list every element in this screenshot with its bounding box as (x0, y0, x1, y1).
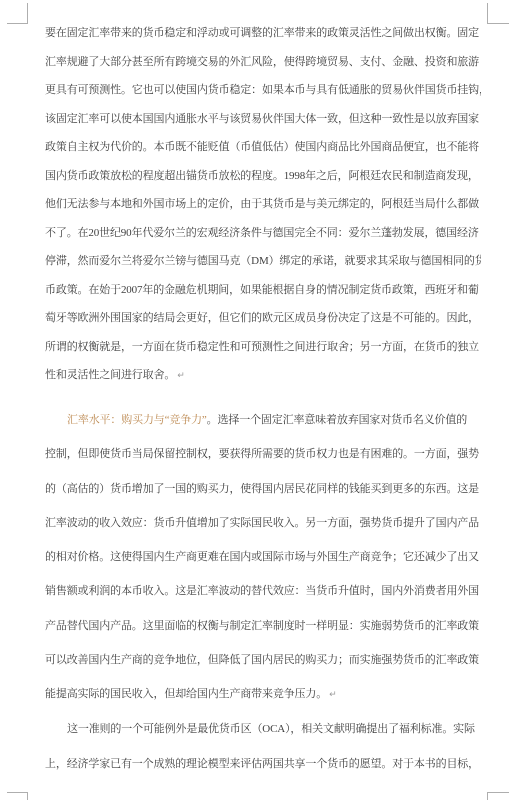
text-line: 这一准则的一个可能例外是最优货币区（OCA），相关文献明确提出了福利标准。实际 (45, 712, 481, 747)
paragraph-mark-icon: ↵ (177, 371, 185, 381)
margin-crop-mark-bottom-left (7, 792, 28, 800)
text-line: 能提高实际的国民收入，但却给国内生产商带来竞争压力。↵ (45, 677, 481, 711)
paragraph-oca-exception: 这一准则的一个可能例外是最优货币区（OCA），相关文献明确提出了福利标准。实际 … (45, 712, 481, 782)
text-line: 他们无法参与本地和外国市场上的定价，由于其货币是与美元绑定的，阿根廷当局什么都做 (45, 190, 481, 219)
text-line: 萄牙等欧洲外围国家的结局会更好，但它们的欧元区成员身份决定了这是不可能的。因此， (45, 304, 481, 333)
text-line: 可以改善国内生产商的竞争地位，但降低了国内居民的购买力；而实施强势货币的汇率政策 (45, 643, 481, 677)
text-line: 要在固定汇率带来的货币稳定和浮动或可调整的汇率带来的政策灵活性之间做出权衡。固定 (45, 19, 481, 48)
text-line-content: 。选择一个固定汇率意味着放弃国家对货币名义价值的 (207, 414, 467, 426)
text-line: 汇率波动的收入效应：货币升值增加了实际国民收入。另一方面，强势货币提升了国内产品 (45, 506, 481, 540)
document-page: 要在固定汇率带来的货币稳定和浮动或可调整的汇率带来的政策灵活性之间做出权衡。固定… (0, 0, 523, 800)
text-line: 政策自主权为代价的。本币既不能贬值（币值低估）使国内商品比外国商品便宜，也不能将 (45, 133, 481, 162)
text-line: 国内货币政策放松的程度超出锚货币放松的程度。1998年之后，阿根廷农民和制造商发… (45, 162, 481, 191)
text-line: 该固定汇率可以使本国国内通胀水平与该贸易伙伴国大体一致，但这种一致性是以放弃国家 (45, 105, 481, 134)
text-line: 销售额或利润的本币收入。这是汇率波动的替代效应：当货币升值时，国内外消费者用外国 (45, 574, 481, 608)
section-heading: 汇率水平：购买力与“竞争力” (67, 414, 207, 426)
text-line: 更具有可预测性。它也可以使国内货币稳定：如果本币与具有低通胀的贸易伙伴国货币挂钩… (45, 76, 481, 105)
text-line: 产品替代国内产品。这里面临的权衡与制定汇率制度时一样明显：实施弱势货币的汇率政策 (45, 609, 481, 643)
text-line: 不了。在20世纪90年代爱尔兰的宏观经济条件与德国完全不同：爱尔兰蓬勃发展，德国… (45, 219, 481, 248)
text-line: 汇率规避了大部分甚至所有跨境交易的外汇风险，使得跨境贸易、支付、金融、投资和旅游 (45, 48, 481, 77)
text-line: 的相对价格。这使得国内生产商更难在国内或国际市场与外国生产商竞争；它还减少了出又 (45, 540, 481, 574)
margin-crop-mark-top-right (487, 3, 509, 24)
paragraph-exchange-rate-level: 汇率水平：购买力与“竞争力”。选择一个固定汇率意味着放弃国家对货币名义价值的 控… (45, 403, 481, 712)
text-line: 停滞，然而爱尔兰将爱尔兰镑与德国马克（DM）绑定的承诺，就要求其采取与德国相同的… (45, 247, 481, 276)
text-line: 汇率水平：购买力与“竞争力”。选择一个固定汇率意味着放弃国家对货币名义价值的 (45, 403, 481, 437)
text-line: 上，经济学家已有一个成熟的理论模型来评估两国共享一个货币的愿望。对于本书的目标， (45, 747, 481, 782)
text-line: 的（高估的）货币增加了一国的购买力，使得国内居民花同样的钱能买到更多的东西。这是 (45, 472, 481, 506)
text-line: 控制，但即使货币当局保留控制权，要获得所需要的货币权力也是有困难的。一方面，强势 (45, 437, 481, 471)
paragraph-exchange-rate-tradeoff: 要在固定汇率带来的货币稳定和浮动或可调整的汇率带来的政策灵活性之间做出权衡。固定… (45, 19, 481, 390)
text-line: 币政策。在始于2007年的金融危机期间，如果能根据自身的情况制定货币政策，西班牙… (45, 276, 481, 305)
text-line-content: 性和灵活性之间进行取舍。 (45, 369, 175, 381)
margin-crop-mark-bottom-right (487, 792, 509, 800)
paragraph-mark-icon: ↵ (329, 690, 337, 700)
text-line: 所谓的权衡就是，一方面在货币稳定性和可预测性之间进行取舍；另一方面，在货币的独立 (45, 333, 481, 362)
margin-crop-mark-top-left (7, 3, 28, 24)
text-line: 性和灵活性之间进行取舍。↵ (45, 361, 481, 390)
text-line-content: 能提高实际的国民收入，但却给国内生产商带来竞争压力。 (45, 688, 327, 700)
